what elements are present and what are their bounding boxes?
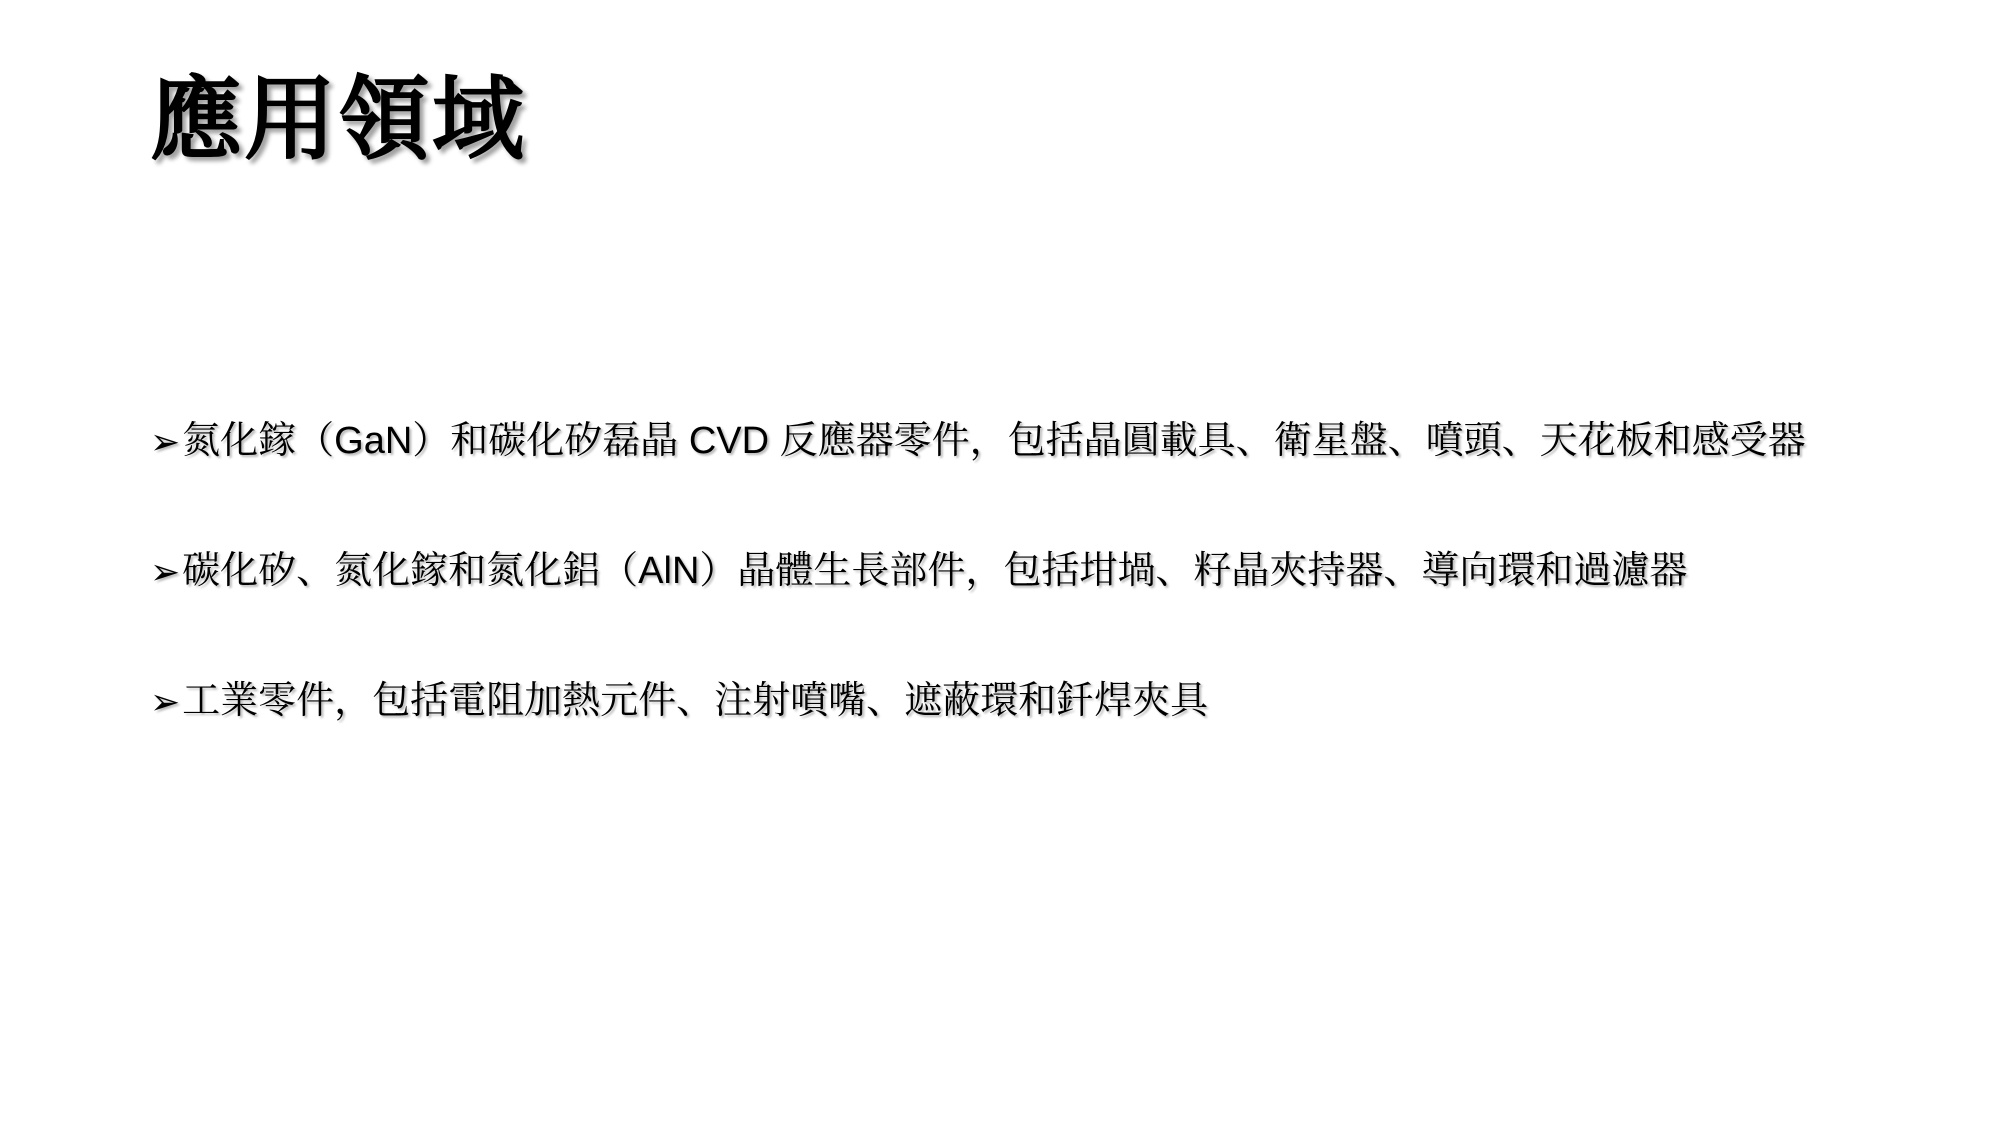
bullet-text-3: 工業零件，包括電阻加熱元件、注射噴嘴、遮蔽環和釺焊夾具 — [182, 678, 1208, 726]
arrow-bullet-icon: ➢ — [150, 419, 180, 464]
bullet-text-1: 氮化鎵（GaN）和碳化矽磊晶 CVD 反應器零件，包括晶圓載具、衛星盤、噴頭、天… — [182, 418, 1805, 466]
arrow-bullet-icon: ➢ — [150, 549, 180, 594]
bullet-item-2: ➢ 碳化矽、氮化鎵和氮化鋁（AlN）晶體生長部件，包括坩堝、籽晶夾持器、導向環和… — [150, 548, 1687, 596]
bullet-item-3: ➢ 工業零件，包括電阻加熱元件、注射噴嘴、遮蔽環和釺焊夾具 — [150, 678, 1208, 726]
presentation-slide: 應用領域 ➢ 氮化鎵（GaN）和碳化矽磊晶 CVD 反應器零件，包括晶圓載具、衛… — [0, 0, 2000, 1125]
arrow-bullet-icon: ➢ — [150, 679, 180, 724]
bullet-item-1: ➢ 氮化鎵（GaN）和碳化矽磊晶 CVD 反應器零件，包括晶圓載具、衛星盤、噴頭… — [150, 418, 1806, 466]
slide-title: 應用領域 — [150, 58, 526, 182]
bullet-text-2: 碳化矽、氮化鎵和氮化鋁（AlN）晶體生長部件，包括坩堝、籽晶夾持器、導向環和過濾… — [182, 548, 1687, 596]
